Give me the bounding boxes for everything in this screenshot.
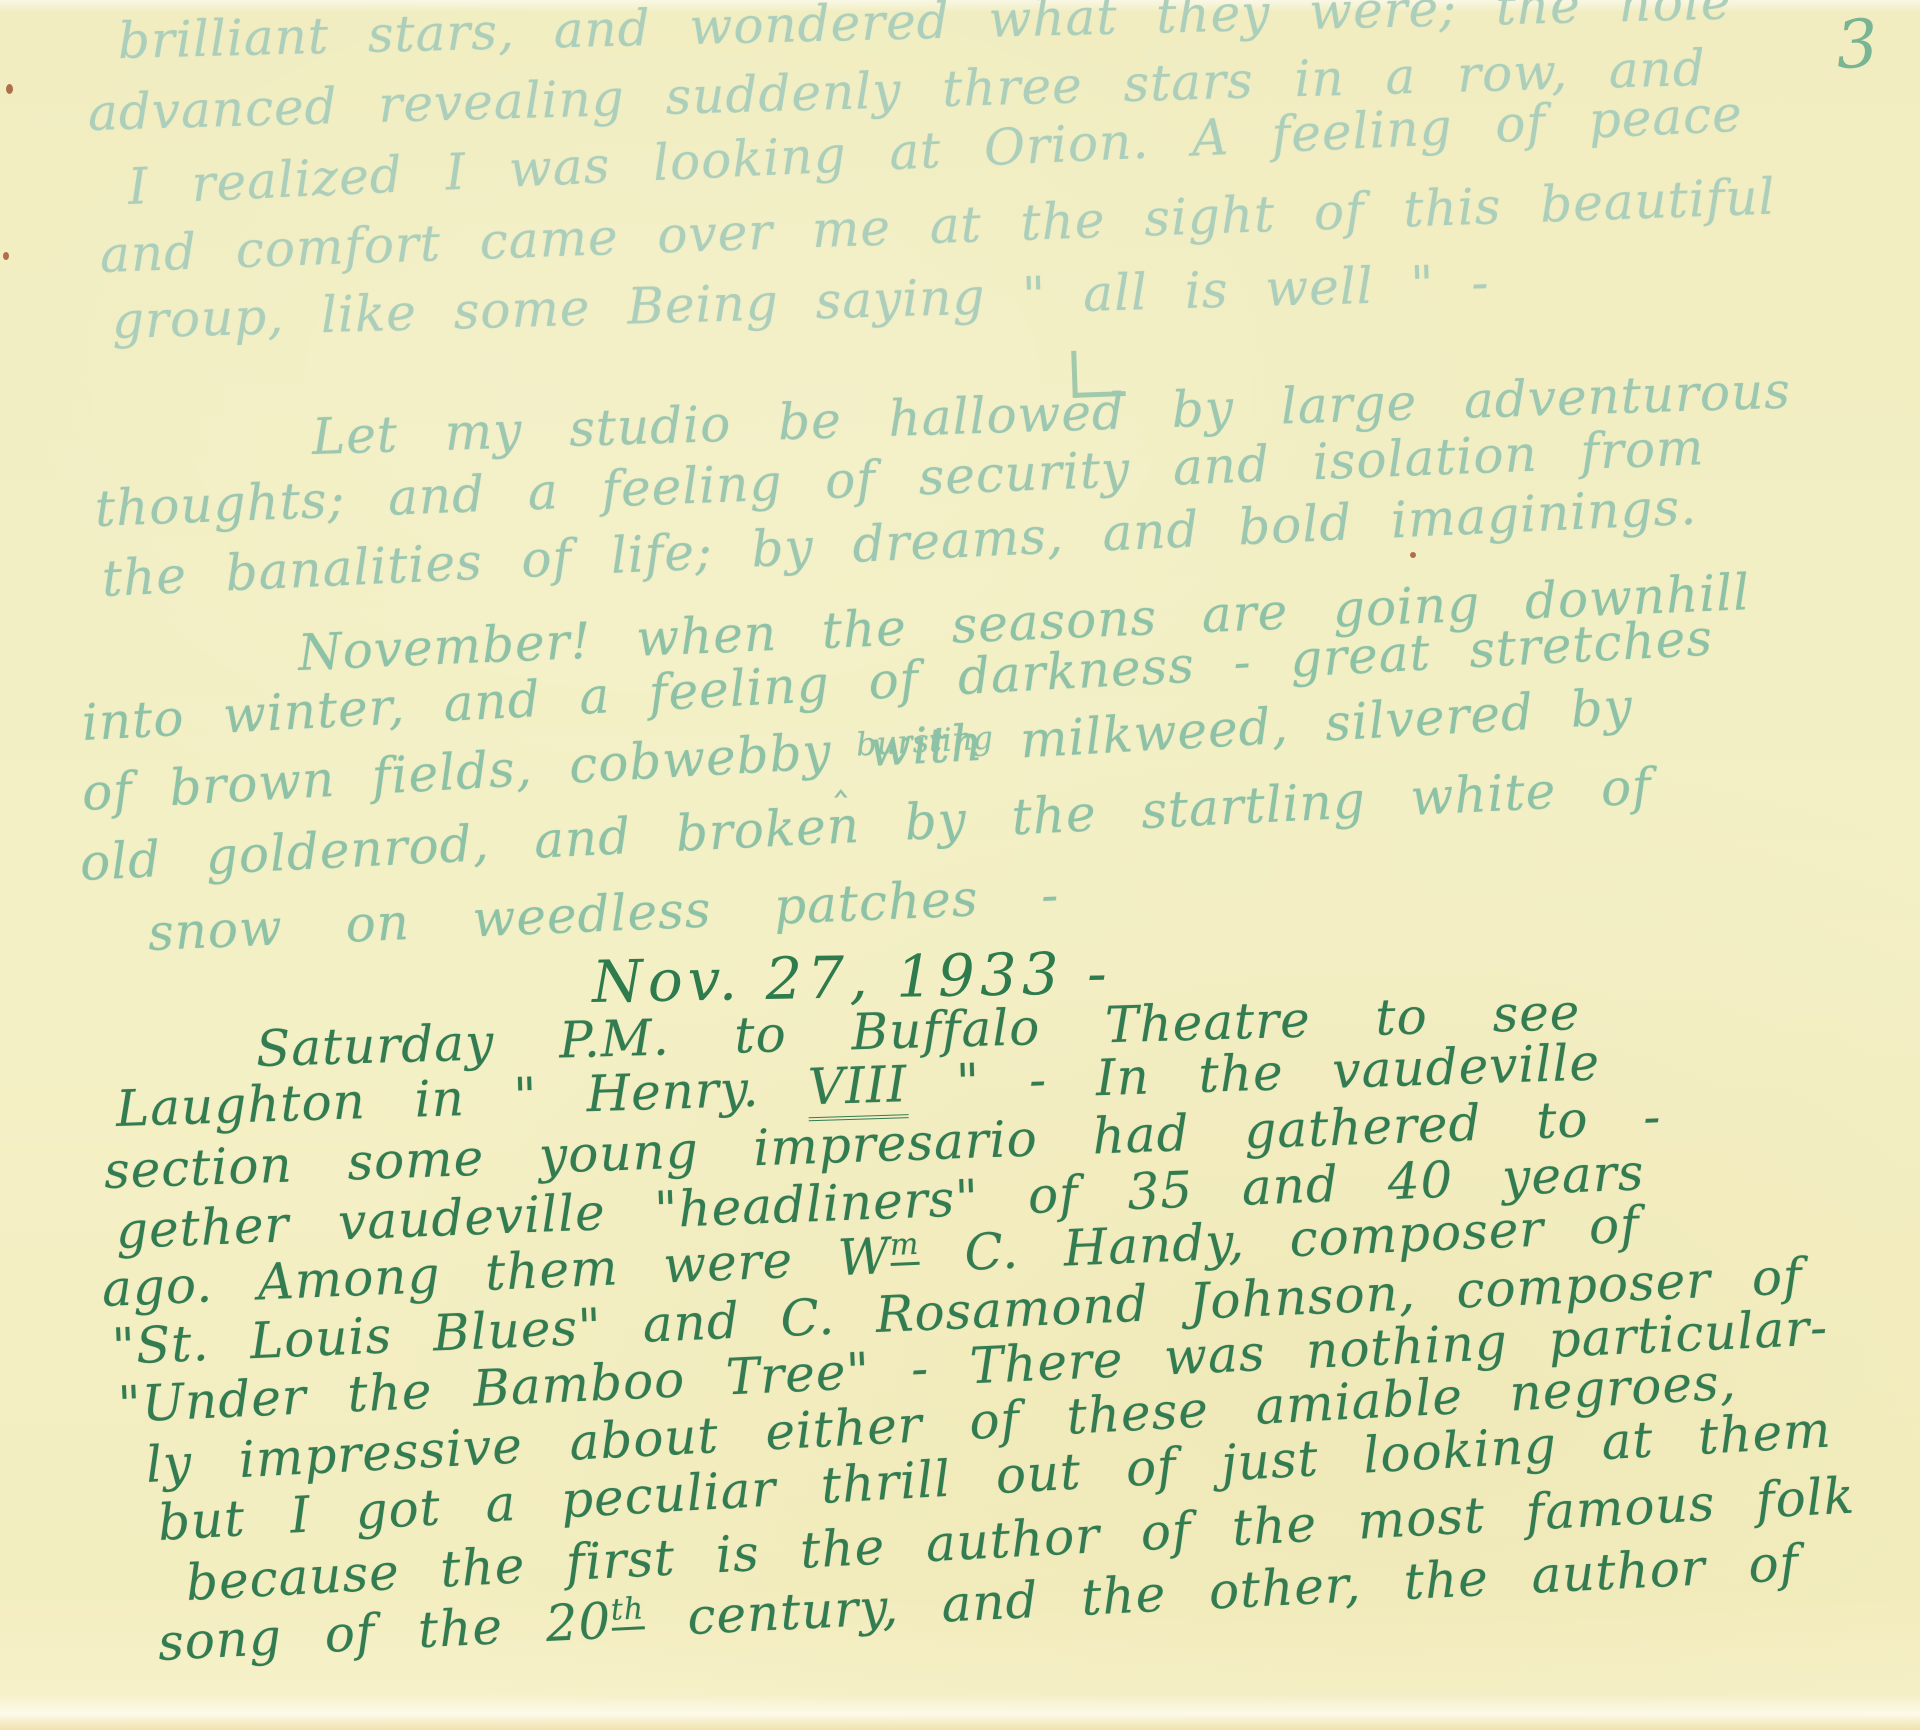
page-number: 3 (1833, 5, 1880, 85)
handy-superscript: m (889, 1227, 920, 1266)
closing-number: 20 (544, 1592, 612, 1653)
scan-edge-bottom (0, 1694, 1920, 1730)
henry-numeral: VIII (807, 1055, 908, 1121)
diary-page: 3 brilliant stars, and wondered what the… (0, 0, 1920, 1730)
caret-mark: ‸ (834, 752, 848, 798)
paper-speck (1410, 552, 1416, 558)
inserted-word-bursting: bursting (855, 718, 994, 763)
paper-speck (3, 252, 9, 260)
paper-speck (6, 84, 13, 94)
closing-ordinal: th (610, 1592, 645, 1632)
